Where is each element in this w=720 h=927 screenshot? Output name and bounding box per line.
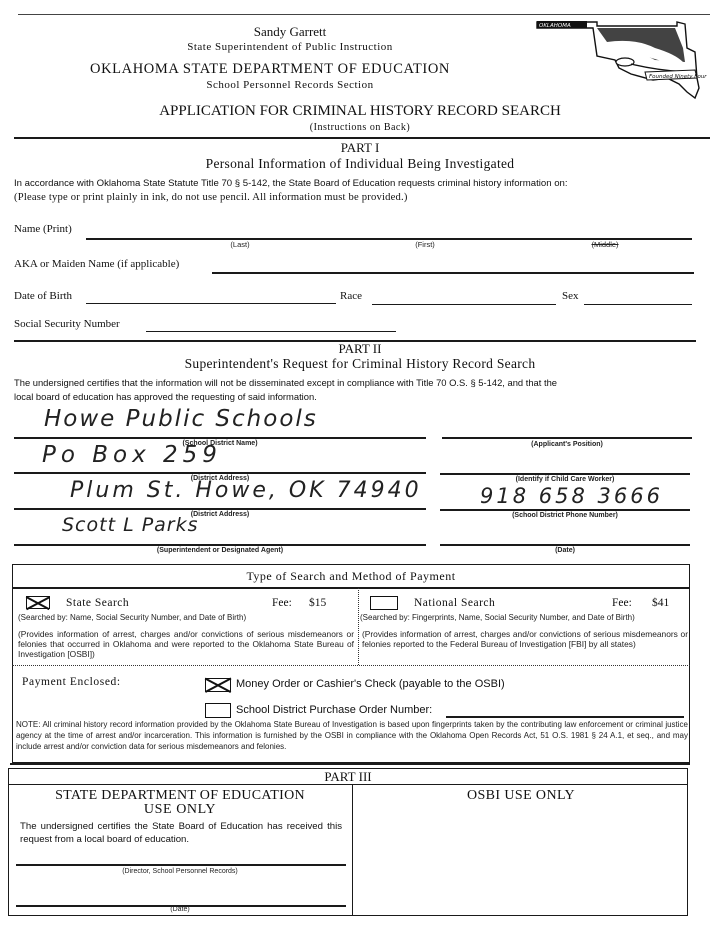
applicant-position-field[interactable] <box>442 418 690 436</box>
money-order-checkbox[interactable] <box>205 678 231 692</box>
part3-heading: PART III <box>8 769 688 785</box>
district-address-2-line <box>14 508 426 510</box>
part2-certification-1: The undersigned certifies that the infor… <box>14 377 720 388</box>
name-first-caption: (First) <box>395 240 455 249</box>
part2-certification-2: local board of education has approved th… <box>14 391 714 402</box>
national-provides: (Provides information of arrest, charges… <box>362 629 688 649</box>
superintendent-title: State Superintendent of Public Instructi… <box>110 41 470 53</box>
sde-date-field[interactable] <box>16 888 344 904</box>
state-searched-by: (Searched by: Name, Social Security Numb… <box>18 613 358 623</box>
sex-label: Sex <box>562 290 579 302</box>
part3-column-divider <box>352 785 353 915</box>
purchase-order-line <box>446 716 684 718</box>
national-fee-label: Fee: <box>612 597 632 609</box>
applicant-position-line <box>442 437 692 439</box>
district-address-2-field[interactable]: Plum St. Howe, OK 74940 <box>70 478 430 503</box>
name-middle-caption: (Middle) <box>575 240 635 249</box>
oklahoma-map-icon: Founded Ninety Four OKLAHOMA <box>535 18 710 103</box>
district-phone-field[interactable]: 918 658 3666 <box>480 484 690 508</box>
district-address-1-field[interactable]: Po Box 259 <box>42 442 422 468</box>
school-district-name-field[interactable]: Howe Public Schools <box>44 406 424 432</box>
dob-line <box>86 303 336 304</box>
part1-subheading: Personal Information of Individual Being… <box>90 156 630 172</box>
superintendent-signature-field[interactable]: Scott L Parks <box>62 514 422 536</box>
payment-enclosed-label: Payment Enclosed: <box>22 676 121 688</box>
osbi-use-only-title: OSBI USE ONLY <box>354 788 688 804</box>
part2-heading: PART II <box>260 341 460 357</box>
instructions-note: (Instructions on Back) <box>240 122 480 133</box>
race-line <box>372 304 556 305</box>
director-line <box>16 864 346 866</box>
name-input[interactable] <box>86 222 690 238</box>
criminal-history-note: NOTE: All criminal history record inform… <box>16 720 688 752</box>
director-caption: (Director, School Personnel Records) <box>60 868 300 875</box>
aka-input[interactable] <box>212 256 692 272</box>
date-field[interactable] <box>440 526 690 544</box>
ssn-line <box>146 331 396 332</box>
state-fee-amount: $15 <box>309 597 326 609</box>
national-searched-by: (Searched by: Fingerprints, Name, Social… <box>360 613 690 623</box>
purchase-order-number-input[interactable] <box>446 702 684 716</box>
race-input[interactable] <box>372 288 554 304</box>
national-search-checkbox[interactable] <box>370 596 398 610</box>
part3-heading-rule <box>8 784 688 785</box>
sde-certification-text: The undersigned certifies the State Boar… <box>20 820 342 846</box>
district-address-1-line <box>14 472 426 474</box>
national-search-label: National Search <box>414 597 495 609</box>
svg-text:OKLAHOMA: OKLAHOMA <box>539 23 571 29</box>
state-provides: (Provides information of arrest, charges… <box>18 629 354 659</box>
dob-input[interactable] <box>86 288 334 304</box>
part1-heading: PART I <box>260 140 460 156</box>
aka-label: AKA or Maiden Name (if applicable) <box>14 258 179 270</box>
ssn-label: Social Security Number <box>14 318 120 330</box>
applicant-position-caption: (Applicant's Position) <box>472 441 662 448</box>
part1-intro-instructions: (Please type or print plainly in ink, do… <box>14 192 714 203</box>
district-name-line <box>14 437 426 439</box>
purchase-order-checkbox[interactable] <box>205 703 231 718</box>
national-fee-amount: $41 <box>652 597 669 609</box>
date-caption: (Date) <box>520 547 610 554</box>
sex-line <box>584 304 692 305</box>
money-order-label: Money Order or Cashier's Check (payable … <box>236 678 505 690</box>
part2-subheading: Superintendent's Request for Criminal Hi… <box>80 356 640 372</box>
name-label: Name (Print) <box>14 223 72 235</box>
district-phone-line <box>440 509 690 511</box>
state-search-label: State Search <box>66 597 129 609</box>
top-rule <box>18 14 710 15</box>
sde-use-only-title-2: USE ONLY <box>10 802 350 818</box>
department-name: OKLAHOMA STATE DEPARTMENT OF EDUCATION <box>40 61 500 78</box>
state-fee-label: Fee: <box>272 597 292 609</box>
district-phone-caption: (School District Phone Number) <box>470 512 660 519</box>
state-search-checkbox[interactable] <box>26 596 50 609</box>
search-box-bottom-rule <box>10 763 690 765</box>
child-care-worker-field[interactable] <box>440 454 690 472</box>
child-care-worker-line <box>440 473 690 475</box>
part1-intro-statute: In accordance with Oklahoma State Statut… <box>14 178 720 189</box>
section-name: School Personnel Records Section <box>140 79 440 91</box>
superintendent-line <box>14 544 426 546</box>
date-line <box>440 544 690 546</box>
race-label: Race <box>340 290 362 302</box>
oklahoma-seal-logo: Founded Ninety Four OKLAHOMA <box>535 18 710 103</box>
sde-date-caption: (Date) <box>140 906 220 913</box>
search-box-title: Type of Search and Method of Payment <box>12 569 690 584</box>
header-divider <box>14 137 710 139</box>
purchase-order-label: School District Purchase Order Number: <box>236 704 432 716</box>
child-care-worker-caption: (Identify if Child Care Worker) <box>470 476 660 483</box>
aka-line <box>212 272 694 274</box>
superintendent-name: Sandy Garrett <box>140 24 440 40</box>
dob-label: Date of Birth <box>14 290 72 302</box>
director-signature-field[interactable] <box>16 848 344 864</box>
ssn-input[interactable] <box>146 316 394 332</box>
form-title: APPLICATION FOR CRIMINAL HISTORY RECORD … <box>60 103 660 120</box>
name-last-caption: (Last) <box>210 240 270 249</box>
search-column-divider <box>358 588 359 665</box>
search-box-title-rule <box>12 587 690 589</box>
superintendent-caption: (Superintendent or Designated Agent) <box>110 547 330 554</box>
sex-input[interactable] <box>584 288 692 304</box>
svg-text:Founded Ninety Four: Founded Ninety Four <box>649 74 707 80</box>
search-options-divider <box>12 665 690 666</box>
